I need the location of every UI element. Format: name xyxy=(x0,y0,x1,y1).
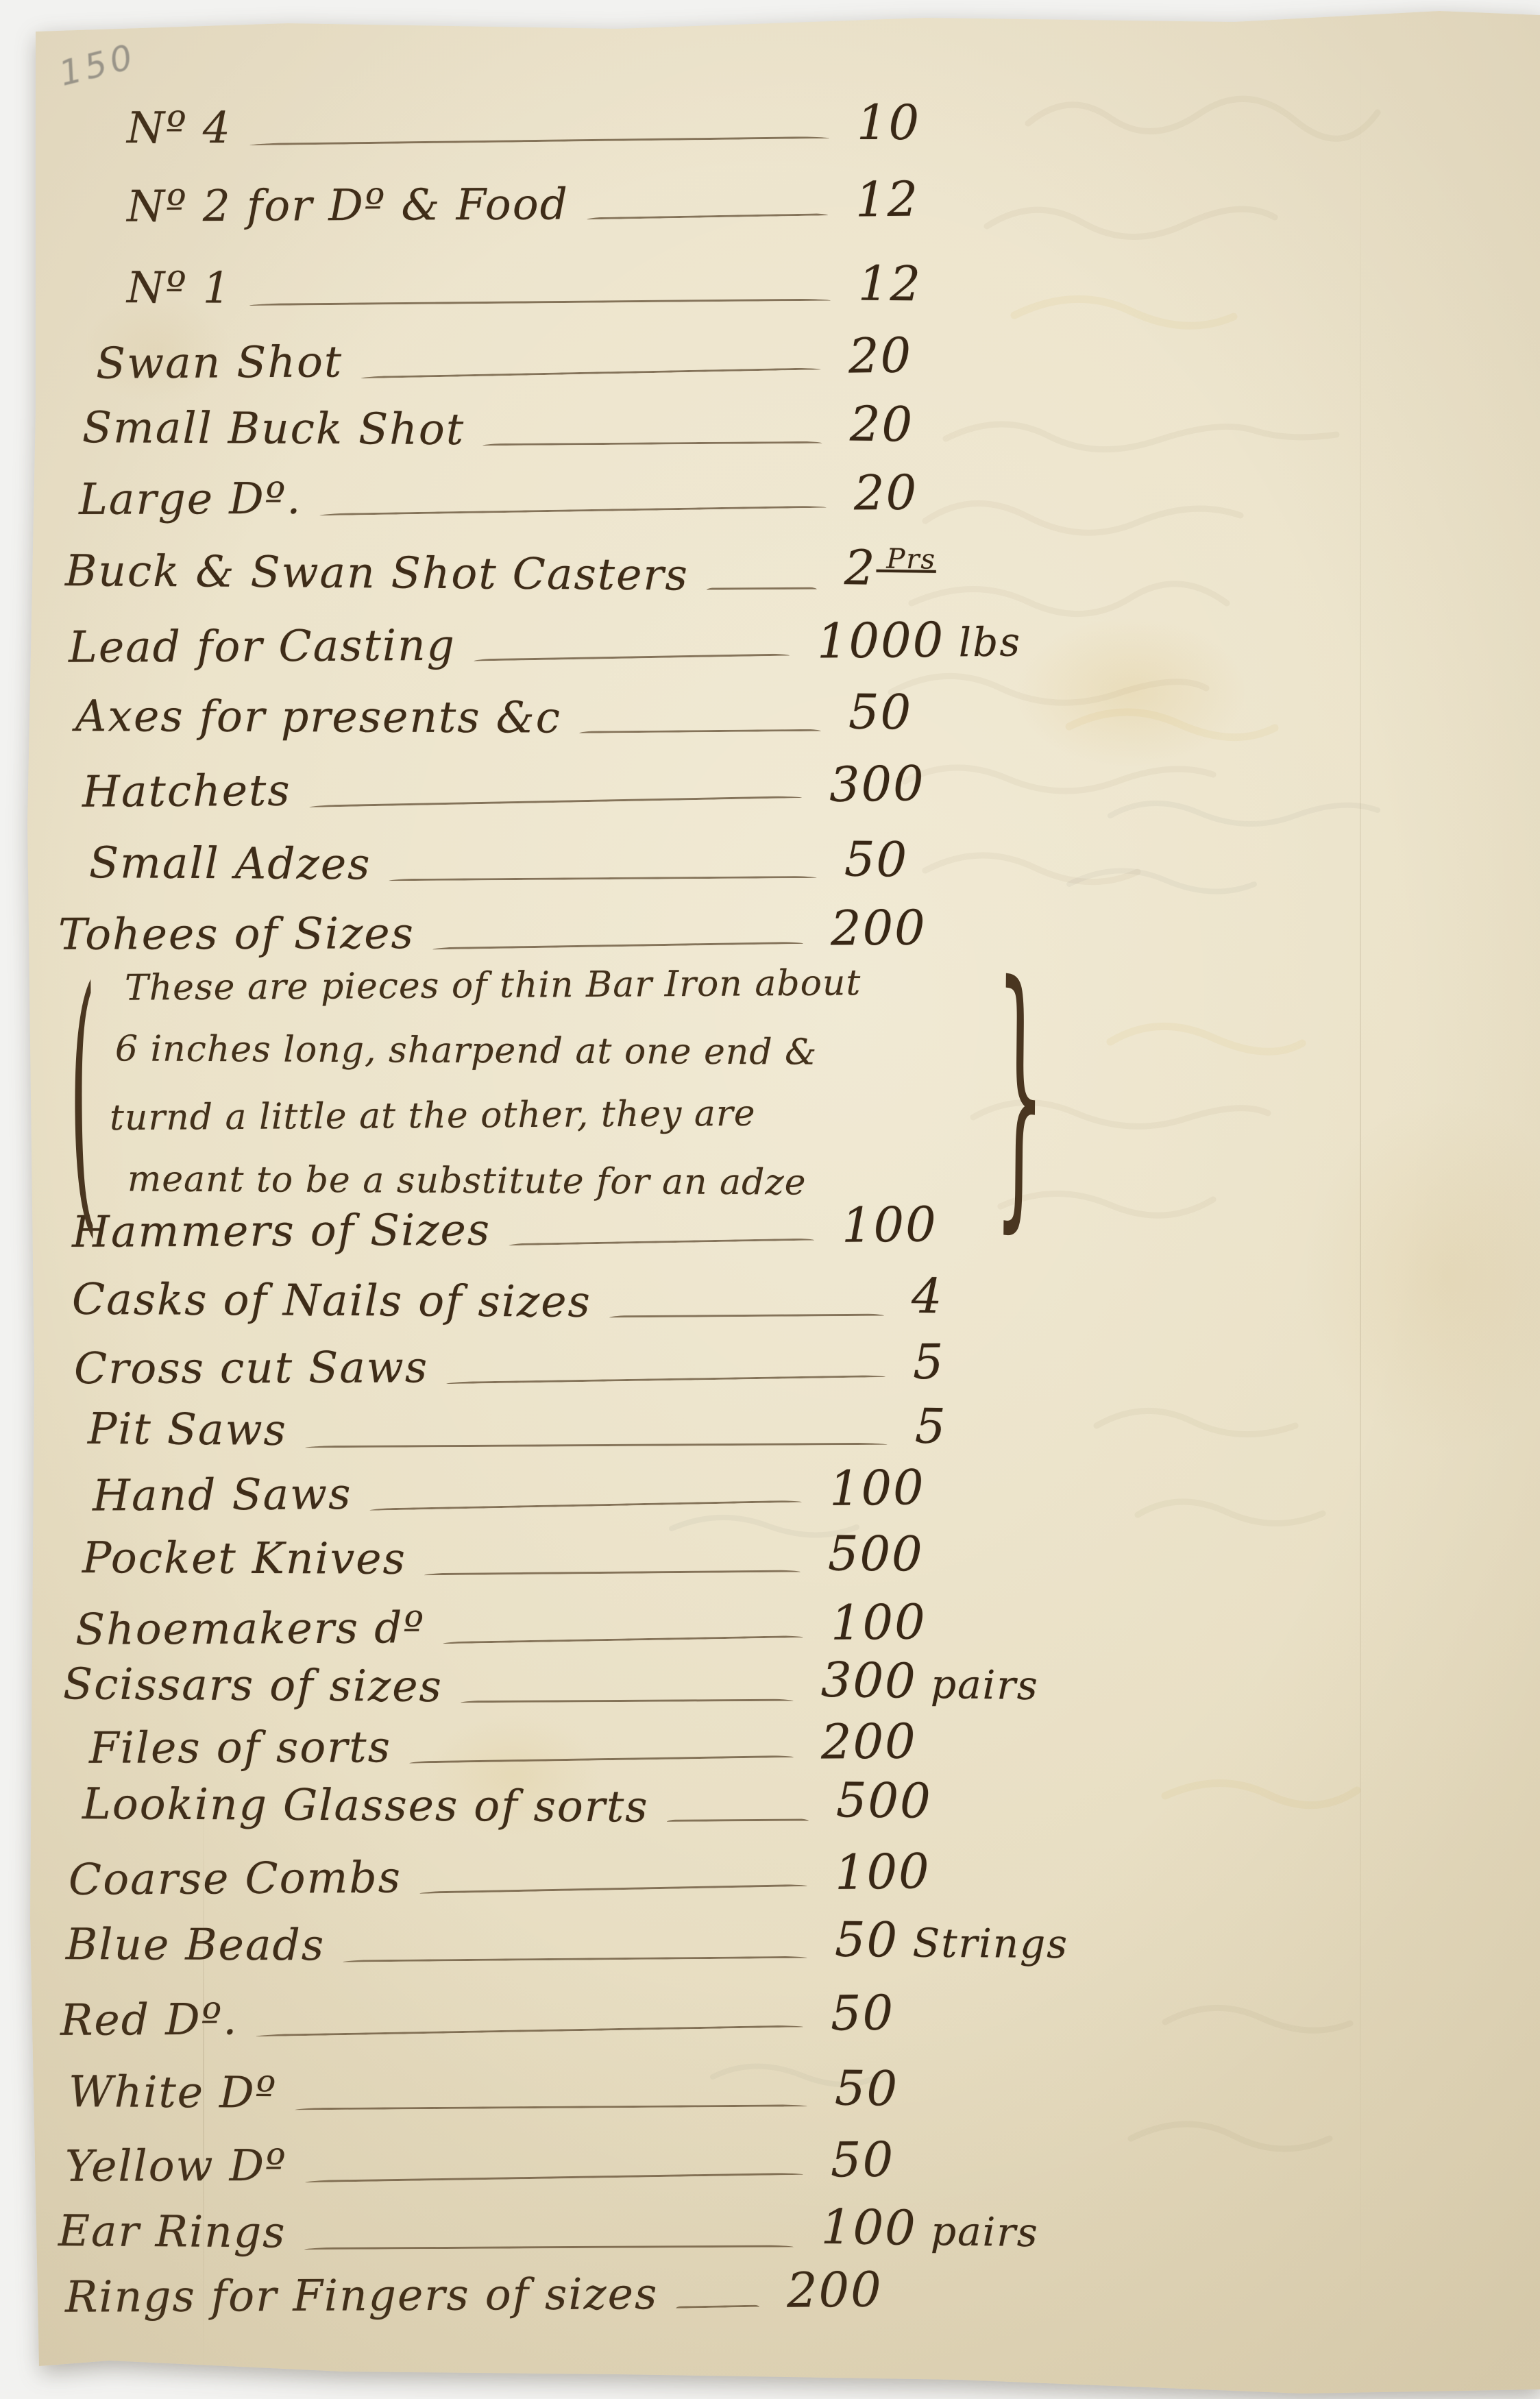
item-label: Axes for presents &c xyxy=(75,691,561,742)
item-label: Hammers of Sizes xyxy=(72,1205,491,1257)
quantity-number: 200 xyxy=(787,2261,883,2318)
dash-line xyxy=(249,296,831,306)
item-quantity: 50 xyxy=(831,1985,895,2042)
list-item: Casks of Nails of sizes xyxy=(72,1274,898,1328)
dash-line xyxy=(424,1567,800,1575)
item-quantity: 12 xyxy=(858,256,922,313)
item-label: Buck & Swan Shot Casters xyxy=(65,546,689,600)
item-quantity: 20 xyxy=(850,396,914,453)
quantity-number: 100 xyxy=(831,1594,927,1651)
item-label: Ear Rings xyxy=(58,2206,286,2257)
dash-line xyxy=(446,1372,885,1384)
list-item: Buck & Swan Shot Casters xyxy=(65,546,831,601)
list-item: Hand Saws xyxy=(93,1465,816,1520)
item-quantity: 2 Prs xyxy=(844,539,936,597)
item-label: Swan Shot xyxy=(96,337,343,389)
item-label: Rings for Fingers of sizes xyxy=(65,2269,659,2322)
list-item: Tohees of Sizes xyxy=(58,907,817,960)
item-label: White Dº xyxy=(69,2067,278,2118)
item-quantity: 300 xyxy=(829,755,925,813)
item-quantity: 100 xyxy=(829,1459,925,1517)
list-item: White Dº xyxy=(69,2067,821,2121)
list-item: Swan Shot xyxy=(96,333,835,389)
item-label: Blue Beads xyxy=(66,1919,325,1970)
item-quantity: 1000 lbs xyxy=(817,611,1022,669)
item-label: Lead for Casting xyxy=(69,620,456,672)
list-item: Files of sorts xyxy=(89,1720,807,1773)
quantity-number: 100 xyxy=(820,2199,917,2256)
quantity-number: 50 xyxy=(848,684,913,741)
quantity-number: 4 xyxy=(912,1268,944,1324)
item-label: Yellow Dº xyxy=(65,2141,287,2191)
note-line: 6 inches long, sharpend at one end & xyxy=(115,1028,818,1073)
item-quantity: 200 xyxy=(831,900,927,957)
item-quantity: 100 xyxy=(831,1594,927,1651)
quantity-number: 50 xyxy=(844,831,909,888)
dash-line xyxy=(474,650,790,661)
item-quantity: 100 xyxy=(834,1843,931,1901)
quantity-number: 500 xyxy=(828,1526,924,1583)
dash-line xyxy=(461,1696,794,1703)
dash-line xyxy=(305,1440,888,1448)
dash-line xyxy=(256,2022,803,2036)
dash-line xyxy=(609,1311,884,1318)
item-quantity: 100 xyxy=(842,1196,938,1253)
quantity-unit: pairs xyxy=(916,2208,1039,2256)
list-item: Ear Rings xyxy=(58,2206,807,2261)
quantity-number: 20 xyxy=(848,327,912,384)
opening-brace: ( xyxy=(69,958,98,1245)
item-label: Shoemakers dº xyxy=(75,1603,426,1655)
quantity-number: 50 xyxy=(831,2132,895,2189)
item-quantity: 50 Strings xyxy=(835,1912,1069,1969)
dash-line xyxy=(432,939,803,949)
quantity-number: 200 xyxy=(821,1714,917,1770)
list-item: Hammers of Sizes xyxy=(72,1203,828,1257)
list-item: Lead for Casting xyxy=(69,618,803,672)
item-quantity: 12 xyxy=(855,171,920,228)
quantity-unit: Prs xyxy=(876,543,936,575)
dash-line xyxy=(676,2302,759,2309)
item-quantity: 4 xyxy=(912,1268,944,1324)
paper-crease xyxy=(1360,41,1361,2358)
item-label: Casks of Nails of sizes xyxy=(72,1274,591,1327)
dash-line xyxy=(319,503,827,516)
quantity-number: 20 xyxy=(854,465,918,522)
item-label: Hatchets xyxy=(82,766,291,817)
item-label: Files of sorts xyxy=(89,1722,391,1773)
paper-stain xyxy=(1014,617,1247,768)
dash-line xyxy=(509,1235,814,1245)
dash-line xyxy=(249,134,829,145)
list-item: Nº 2 for Dº & Food xyxy=(127,178,842,231)
list-item: Looking Glasses of sorts xyxy=(82,1779,822,1833)
item-label: Looking Glasses of sorts xyxy=(82,1779,649,1831)
item-quantity: 50 xyxy=(844,831,909,888)
item-label: Coarse Combs xyxy=(69,1852,402,1904)
item-quantity: 200 xyxy=(787,2261,883,2318)
quantity-number: 10 xyxy=(857,95,920,151)
list-item: Large Dº. xyxy=(79,472,840,524)
dash-line xyxy=(305,2170,803,2182)
dash-line xyxy=(343,1953,807,1962)
list-item: Coarse Combs xyxy=(69,1849,821,1905)
quantity-number: 100 xyxy=(842,1196,938,1253)
item-quantity: 500 xyxy=(828,1526,924,1583)
item-label: Small Buck Shot xyxy=(82,402,465,454)
dash-line xyxy=(666,1816,808,1821)
list-item: Shoemakers dº xyxy=(75,1600,817,1655)
quantity-number: 50 xyxy=(835,2060,899,2117)
item-quantity: 100 pairs xyxy=(820,2199,1039,2258)
archival-page-number: 150 xyxy=(56,36,140,94)
item-label: Nº 1 xyxy=(127,263,232,313)
item-quantity: 20 xyxy=(854,465,918,522)
item-quantity: 50 xyxy=(848,684,913,741)
item-quantity: 200 xyxy=(821,1714,917,1770)
item-quantity: 300 pairs xyxy=(820,1652,1039,1711)
dash-line xyxy=(389,873,817,881)
item-label: Large Dº. xyxy=(79,474,302,524)
dash-line xyxy=(419,1882,807,1894)
list-item: Cross cut Saws xyxy=(74,1341,899,1393)
quantity-number: 200 xyxy=(831,900,927,957)
quantity-number: 5 xyxy=(914,1398,947,1455)
note-line: These are pieces of thin Bar Iron about xyxy=(125,962,861,1008)
item-quantity: 20 xyxy=(848,327,912,384)
paper-sheet: 150 Nº 4 10 Nº 2 for Dº & Food 12 Nº 1 1… xyxy=(0,0,1540,2399)
quantity-number: 50 xyxy=(831,1985,895,2042)
manuscript-scan: 150 Nº 4 10 Nº 2 for Dº & Food 12 Nº 1 1… xyxy=(0,0,1540,2399)
item-label: Nº 2 for Dº & Food xyxy=(127,179,569,231)
note-line: turnd a little at the other, they are xyxy=(110,1093,756,1139)
quantity-number: 1000 xyxy=(817,612,945,670)
dash-line xyxy=(304,2242,794,2250)
item-label: Cross cut Saws xyxy=(74,1342,428,1393)
list-item: Blue Beads xyxy=(66,1919,821,1972)
dash-line xyxy=(309,793,802,807)
paper-surface: 150 Nº 4 10 Nº 2 for Dº & Food 12 Nº 1 1… xyxy=(0,0,1540,2399)
list-item: Axes for presents &c xyxy=(75,691,835,744)
quantity-number: 100 xyxy=(834,1843,931,1901)
quantity-number: 100 xyxy=(829,1459,925,1517)
item-quantity: 5 xyxy=(914,1398,947,1455)
dash-line xyxy=(409,1753,794,1764)
list-item: Small Adzes xyxy=(89,838,831,892)
dash-line xyxy=(482,439,822,446)
list-item: Scissars of sizes xyxy=(63,1659,807,1714)
quantity-number: 300 xyxy=(820,1652,917,1709)
quantity-number: 5 xyxy=(913,1334,945,1390)
item-label: Pocket Knives xyxy=(82,1533,406,1584)
quantity-unit: pairs xyxy=(916,1661,1039,1709)
list-item: Hatchets xyxy=(82,762,816,816)
item-quantity: 50 xyxy=(831,2132,895,2189)
paper-stain xyxy=(1302,1097,1540,1453)
item-quantity: 500 xyxy=(836,1772,932,1829)
quantity-number: 12 xyxy=(855,171,920,228)
quantity-number: 2 xyxy=(844,539,877,596)
quantity-unit: lbs xyxy=(944,618,1022,666)
dash-line xyxy=(707,585,817,590)
quantity-number: 12 xyxy=(858,256,922,313)
dash-line xyxy=(443,1633,803,1644)
dash-line xyxy=(360,365,821,378)
quantity-number: 300 xyxy=(829,755,925,813)
list-item: Rings for Fingers of sizes xyxy=(65,2268,773,2322)
dash-line xyxy=(579,727,821,733)
list-item: Pit Saws xyxy=(88,1404,901,1459)
quantity-number: 50 xyxy=(835,1912,899,1969)
item-label: Red Dº. xyxy=(60,1995,239,2045)
dash-line xyxy=(295,2102,807,2110)
item-label: Pit Saws xyxy=(88,1404,287,1455)
list-item: Nº 1 xyxy=(127,263,844,315)
list-item: Pocket Knives xyxy=(82,1533,814,1585)
dash-line xyxy=(587,210,828,219)
list-item: Nº 4 xyxy=(127,103,843,153)
item-label: Hand Saws xyxy=(93,1469,352,1521)
item-quantity: 10 xyxy=(857,95,920,151)
quantity-number: 500 xyxy=(836,1772,932,1829)
item-label: Nº 4 xyxy=(127,103,232,153)
quantity-number: 20 xyxy=(850,396,914,453)
item-label: Scissars of sizes xyxy=(63,1659,443,1712)
list-item: Yellow Dº xyxy=(65,2139,817,2191)
item-label: Tohees of Sizes xyxy=(58,908,415,960)
dash-line xyxy=(370,1498,803,1511)
item-label: Small Adzes xyxy=(89,838,371,889)
item-quantity: 50 xyxy=(835,2060,899,2117)
closing-brace: } xyxy=(994,951,1046,1241)
item-quantity: 5 xyxy=(913,1334,945,1390)
list-item: Red Dº. xyxy=(60,1991,817,2045)
list-item: Small Buck Shot xyxy=(82,402,836,456)
note-line: meant to be a substitute for an adze xyxy=(127,1158,807,1203)
quantity-unit: Strings xyxy=(899,1919,1068,1967)
